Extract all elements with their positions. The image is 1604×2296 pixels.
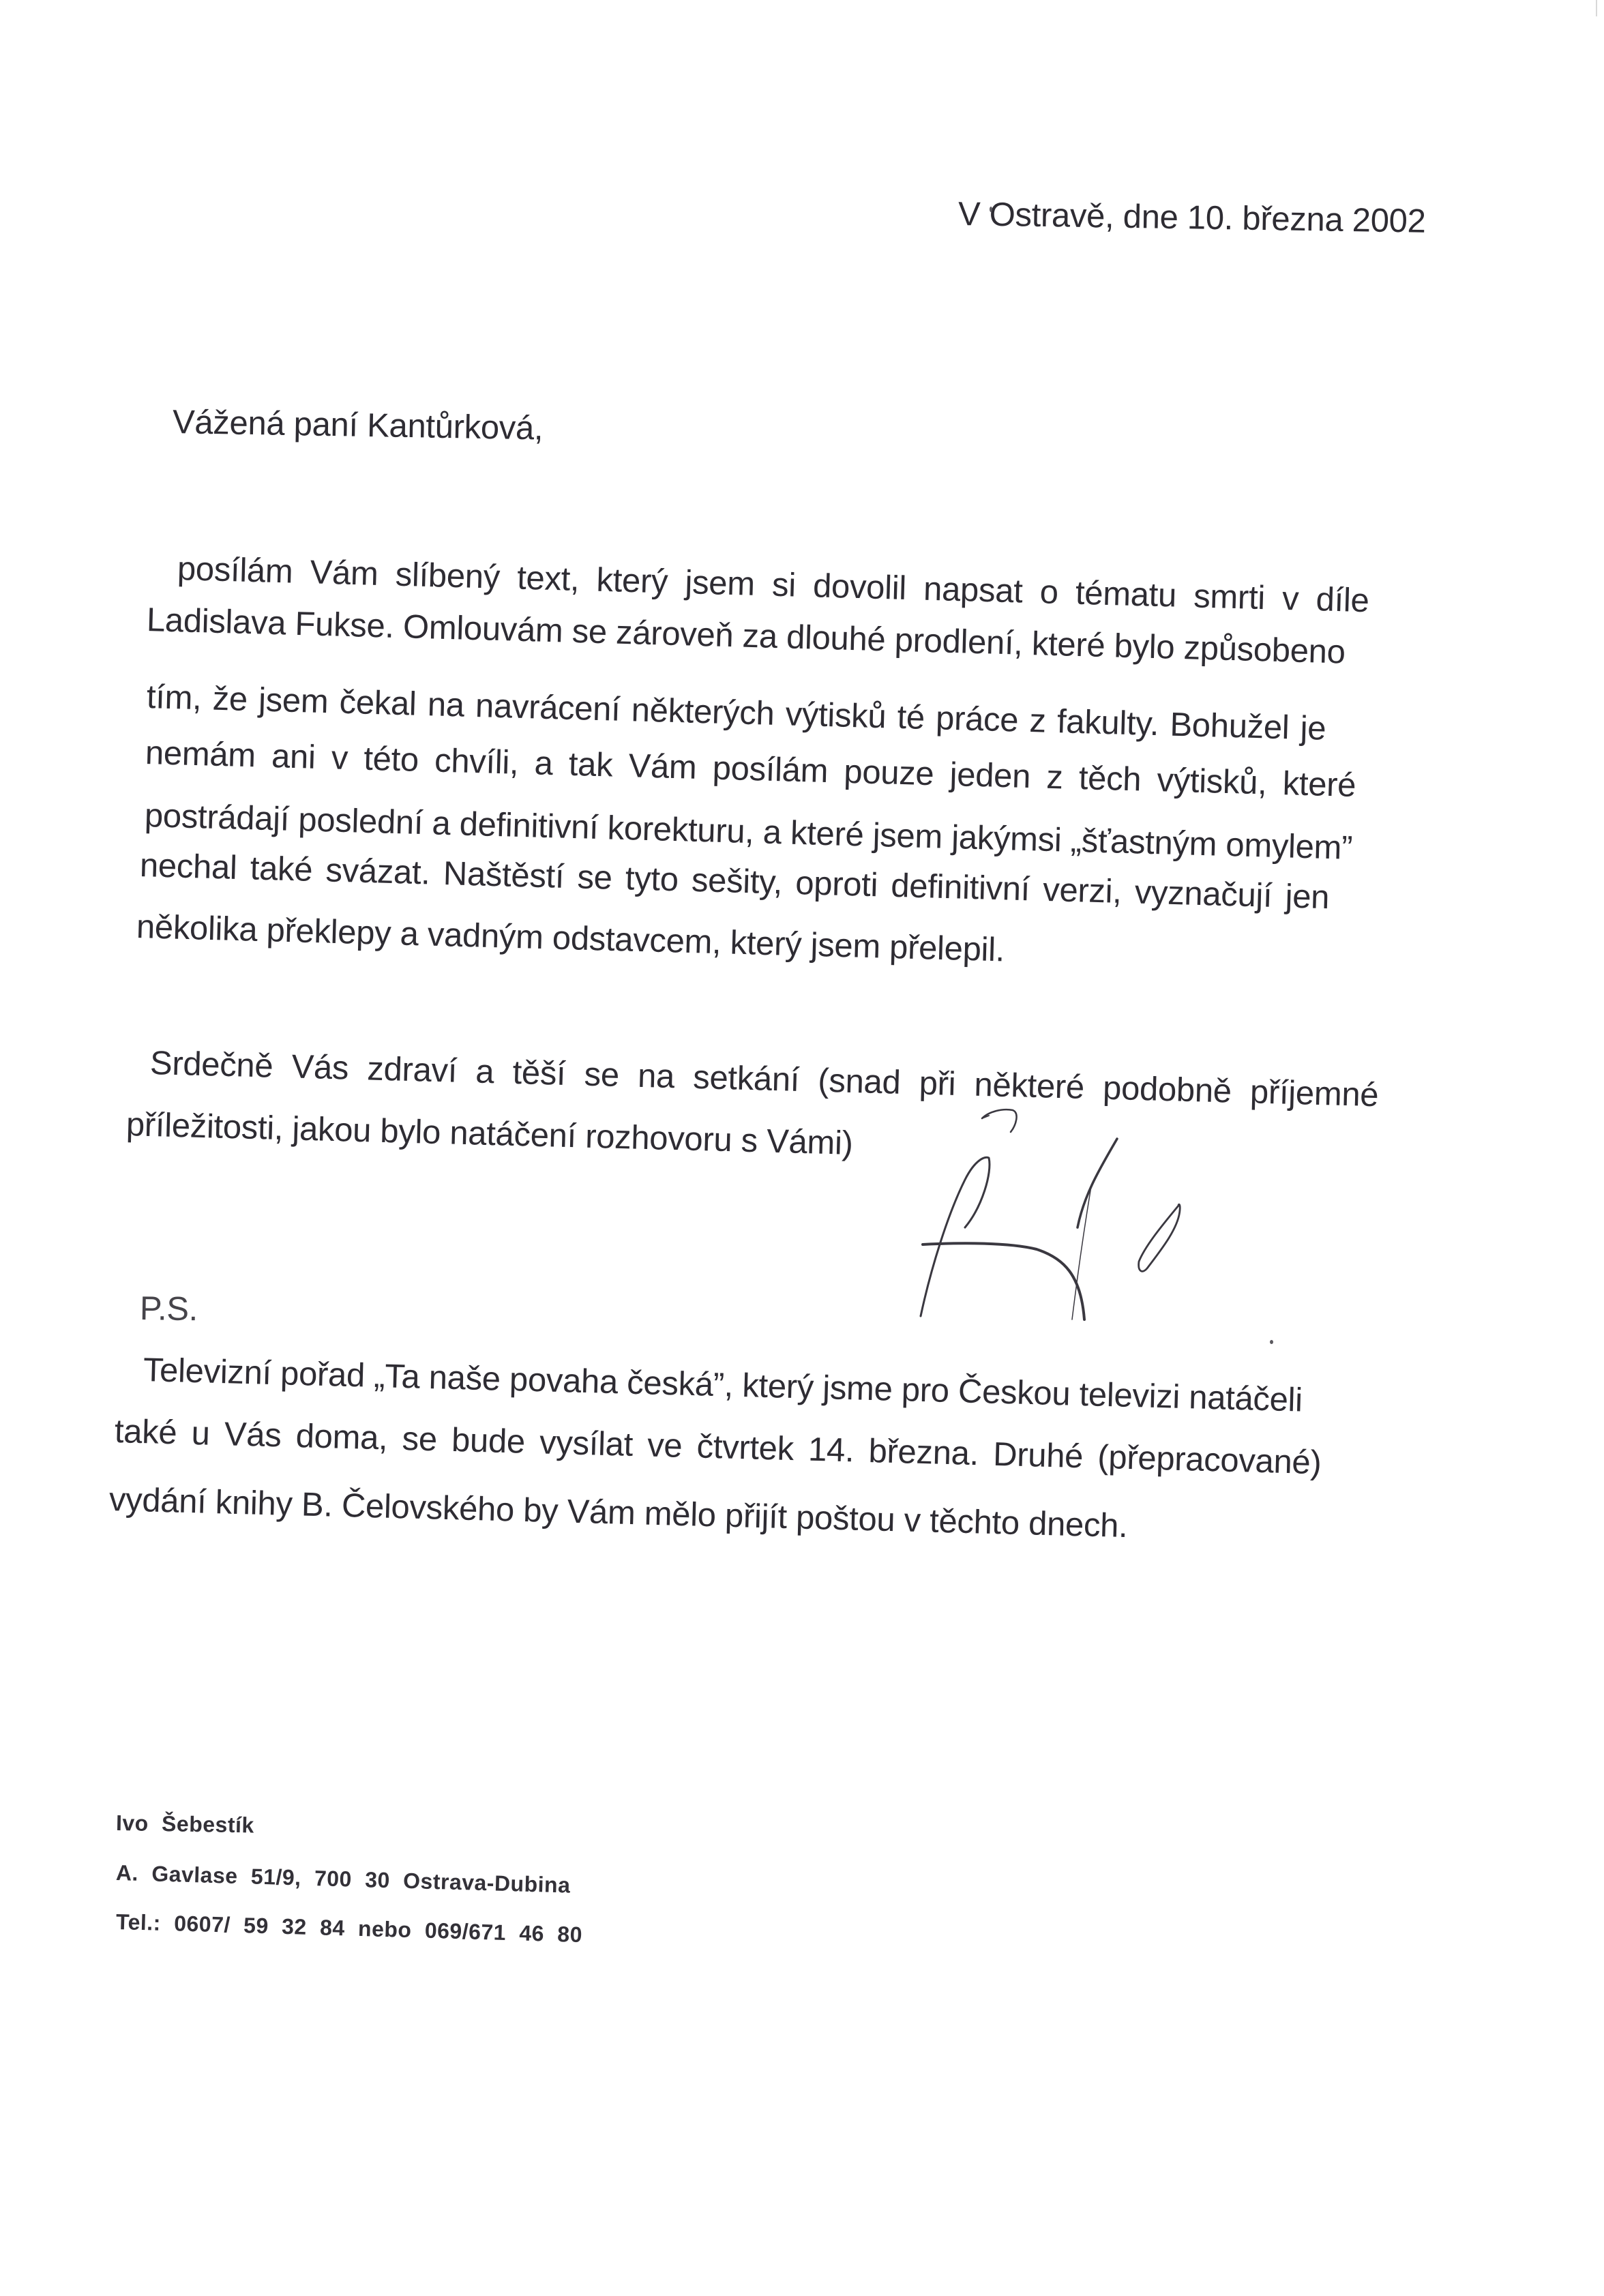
salutation: Vážená paní Kantůrková, [173, 406, 544, 445]
paragraph-line: tím, že jsem čekal na navrácení některýc… [146, 681, 1326, 746]
handwritten-signature-icon [852, 1091, 1330, 1330]
paragraph-line: Televizní pořad „Ta naše povaha česká”, … [143, 1354, 1303, 1417]
ink-speck [1270, 1340, 1273, 1344]
postscript-label: P.S. [140, 1292, 198, 1326]
paragraph-line: nemám ani v této chvíli, a tak Vám posíl… [145, 736, 1356, 803]
scan-edge-mark [1592, 0, 1597, 16]
sender-phone: Tel.: 0607/ 59 32 84 nebo 069/671 46 80 [115, 1909, 582, 1948]
place-and-date: V Ostravě, dne 10. března 2002 [958, 198, 1426, 239]
paragraph-line: příležitosti, jakou bylo natáčení rozhov… [125, 1108, 853, 1161]
letter-page: V Ostravě, dne 10. března 2002 Vážená pa… [0, 0, 1604, 2296]
paragraph-line: vydání knihy B. Čelovského by Vám mělo p… [108, 1483, 1128, 1543]
ink-speck [990, 207, 992, 212]
paragraph-line: také u Vás doma, se bude vysílat ve čtvr… [114, 1415, 1322, 1480]
sender-name: Ivo Šebestík [116, 1810, 254, 1838]
sender-address: A. Gavlase 51/9, 700 30 Ostrava-Dubina [115, 1860, 570, 1898]
paragraph-line: několika překlepy a vadným odstavcem, kt… [136, 910, 1005, 967]
